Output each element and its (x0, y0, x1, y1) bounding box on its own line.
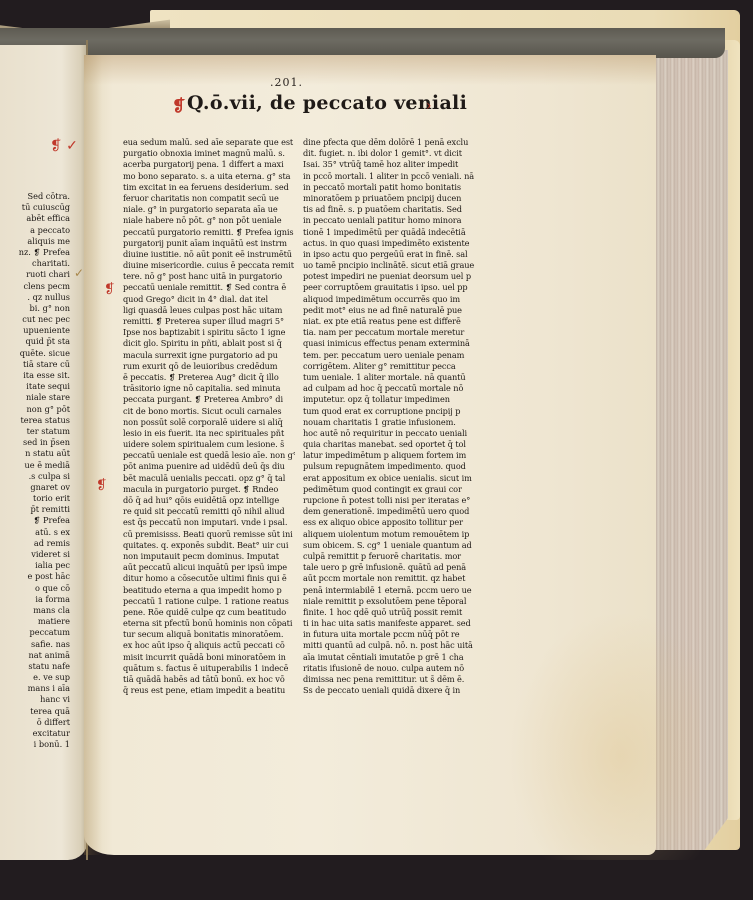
text-line: mo bono separato. s. a uita eterna. g° s… (123, 171, 295, 182)
water-stain (500, 600, 700, 860)
left-page-line: nz. ❡ Prefea (0, 247, 70, 258)
left-page-text-fragment: Sed cōtra.tū cuiuscūgabēt efficaa peccat… (0, 191, 70, 750)
text-line: tim excitat in ea feruens desiderium. se… (123, 182, 295, 193)
text-line: ritatis ifusionē de nouo. culpa autem nō (303, 663, 475, 674)
margin-note-rubric-icon: ❡ ✓ (50, 138, 78, 154)
left-page-line: a peccato (0, 225, 70, 236)
text-line: purgatorij punit aīam inquātū est instrm (123, 238, 295, 249)
text-line: aliquod impedimētum occurrēs quo im (303, 294, 475, 305)
text-line: culpā remittit p feruorē charitatis. mor (303, 551, 475, 562)
text-line: in peccato ueniali patitur homo minora (303, 215, 475, 226)
text-line: re quid sit peccatū remitti qō nihil ali… (123, 506, 295, 517)
text-line: tia. nam per peccatum mortale meretur (303, 327, 475, 338)
text-line: ligi quasdā leues culpas post hāc uitam (123, 305, 295, 316)
left-page-line: sed in p̄sen (0, 437, 70, 448)
left-page-line: terea status (0, 415, 70, 426)
left-page-line: ad remis (0, 538, 70, 549)
text-line: dit. fugiet. n. ibi dolor 1 gemit°. vt d… (303, 148, 475, 159)
top-foxing (84, 55, 656, 85)
left-page-line: p̄t remitti (0, 504, 70, 515)
margin-check-mark-icon: ✓ (74, 266, 84, 280)
text-line: est q̄s peccatū non imputari. vnde i psa… (123, 517, 295, 528)
text-line: quitates. q. exponēs subdit. Beat° uir c… (123, 540, 295, 551)
text-line: rupcione n̄ potest tolli nisi per iterat… (303, 495, 475, 506)
text-line: Ipse nos baptizabit i spiritu sācto 1 ig… (123, 327, 295, 338)
text-line: niale remittit p exsolutōem pene tēporal (303, 596, 475, 607)
left-page-line: itate sequi (0, 381, 70, 392)
left-page-line: nat animā (0, 650, 70, 661)
text-line: misit incurrit quādā boni minoratōem in (123, 652, 295, 663)
left-page-line: clens pecm (0, 281, 70, 292)
text-line: dō q̄ ad hui° qōis euidētiā opz intellig… (123, 495, 295, 506)
text-line: pōt anima puenire ad uidēdū deū q̄s diu (123, 461, 295, 472)
left-page-line: matiere (0, 616, 70, 627)
text-line: tum ueniale. 1 aliter mortale. nā quantū (303, 372, 475, 383)
rubric-bracket-icon: › (426, 98, 432, 114)
left-page-line: .s culpa si (0, 471, 70, 482)
text-line: beatitudo eterna a qua impedit homo p (123, 585, 295, 596)
book-scan: Sed cōtra.tū cuiuscūgabēt efficaa peccat… (0, 0, 753, 900)
text-line: q̄ reus est pene, etiam impedit a beatit… (123, 685, 295, 696)
left-page-line: ō differt (0, 717, 70, 728)
text-line: ditur homo a cōsecutōe ultimi finis qui … (123, 573, 295, 584)
text-line: bēt maculā uenialis peccati. opz g° q̄ t… (123, 473, 295, 484)
left-page-line: gnaret ov (0, 482, 70, 493)
text-line: macula in purgatorio purget. ❡ Rndeo (123, 484, 295, 495)
text-column-a: eua sedum malū. sed aīe separate que est… (123, 137, 295, 696)
text-line: pedimētum quod contingit ex graui cor (303, 484, 475, 495)
left-page-line: ia forma (0, 594, 70, 605)
text-line: eterna sit pfectū bonū hominis non cōpat… (123, 618, 295, 629)
text-line: quia charitas manebat. sed oportet q̄ to… (303, 439, 475, 450)
left-page-line: ue ē mediā (0, 460, 70, 471)
left-page-line: upueniente (0, 325, 70, 336)
left-page-line: peccatum (0, 627, 70, 638)
text-line: imputetur. opz q̄ tollatur impedimen (303, 394, 475, 405)
left-page-line: Sed cōtra. (0, 191, 70, 202)
text-line: tionē 1 impedimētū per quādā indecētiā (303, 227, 475, 238)
text-line: pulsum repugnātem impedimento. quod (303, 461, 475, 472)
left-page-line: quid p̄t sta (0, 336, 70, 347)
text-line: non possūt solē corporalē uidere si aliq… (123, 417, 295, 428)
left-page-line: . qz nullus (0, 292, 70, 303)
left-page-line: bi. g° non (0, 303, 70, 314)
text-line: sum obicem. S. cg° 1 ueniale quantum ad (303, 540, 475, 551)
text-line: tur secum aliquā bonitatis minoratōem. (123, 629, 295, 640)
margin-note-paragraph-icon: ❡ (96, 478, 107, 493)
text-line: actus. in quo quasi impedimēto existente (303, 238, 475, 249)
text-line: niale habere nō pōt. g° non pōt ueniale (123, 215, 295, 226)
text-line: ē peccatis. ❡ Preterea Aug° dicit q̄ ill… (123, 372, 295, 383)
text-line: mitti quantū ad culpā. nō. n. post hāc u… (303, 640, 475, 651)
left-page-line: charitati. (0, 258, 70, 269)
text-line: Ss de peccato ueniali quidā dixere q̄ in (303, 685, 475, 696)
left-page-line: excitatur (0, 728, 70, 739)
text-line: pene. Rōe quidē culpe qz cum beatitudo (123, 607, 295, 618)
text-line: tale uero p grē infusionē. quātū ad penā (303, 562, 475, 573)
left-page-line: abēt effica (0, 213, 70, 224)
text-line: tum quod erat ex corruptione pncipij p (303, 406, 475, 417)
left-page-line: ❡ Prefea (0, 515, 70, 526)
text-line: dicit glo. Spiritu in pñti, ablait post … (123, 338, 295, 349)
text-line: in futura uita mortale pccm nūq̄ pōt re (303, 629, 475, 640)
margin-note-paragraph-icon: ❡ (104, 282, 115, 297)
left-page-line: safie. nas (0, 639, 70, 650)
left-page-line: cut nec pec (0, 314, 70, 325)
text-line: dem generationē. impedimētū uero quod (303, 506, 475, 517)
text-line: dine pfecta que dēm dolōrē 1 penā exclu (303, 137, 475, 148)
text-line: ad culpam ad hoc q̄ peccatū mortale nō (303, 383, 475, 394)
text-line: in ipso actu quo pergeūū erat in finē. s… (303, 249, 475, 260)
left-page-line: statu nafe (0, 661, 70, 672)
text-line: peer corruptōem grauitatis i ipso. uel p… (303, 282, 475, 293)
text-line: aūt pccm mortale non remittit. qz habet (303, 573, 475, 584)
text-line: non imputauit pecm dominus. Imputat (123, 551, 295, 562)
text-line: niat. ex pte etiā reatus pene est differ… (303, 316, 475, 327)
text-line: cit de bono mortis. Sicut oculi carnales (123, 406, 295, 417)
left-page-line: ita esse sit. (0, 370, 70, 381)
text-line: diuine iustitie. nō aūt ponit eē instrum… (123, 249, 295, 260)
text-line: peccatū ueniale est quedā lesio aīe. non… (123, 450, 295, 461)
left-page-line: mans i aīa (0, 683, 70, 694)
text-line: ess ex aliquo obice apposito tollitur pe… (303, 517, 475, 528)
text-line: aīa imutat cēntiali imutatōe p grē 1 cha (303, 652, 475, 663)
text-line: purgatio obnoxia iminet magnū malū. s. (123, 148, 295, 159)
text-line: quātum s. factus ē uituperabilis 1 indec… (123, 663, 295, 674)
text-column-b: dine pfecta que dēm dolōrē 1 penā exclud… (303, 137, 475, 696)
left-page-line: ialia pec (0, 560, 70, 571)
text-line: penā intermiabilē 1 eternā. pccm uero ue (303, 585, 475, 596)
text-line: nouam charitatis 1 gratie infusionem. (303, 417, 475, 428)
text-line: diuine misericordie. cuius ē peccata rem… (123, 260, 295, 271)
text-line: tem. per. peccatum uero ueniale penam (303, 350, 475, 361)
text-line: feruor charitatis non compatit secū ue (123, 193, 295, 204)
text-line: in pccō mortali. 1 aliter in pccō venial… (303, 171, 475, 182)
text-line: in peccatō mortali patit homo bonitatis (303, 182, 475, 193)
text-line: aūt peccatū alicui inquātū per ipsū impe (123, 562, 295, 573)
text-line: erat appositum ex obice uenialis. sicut … (303, 473, 475, 484)
text-line: aliquem uiolentum motum remouētem ip (303, 529, 475, 540)
left-page-line: niale stare (0, 392, 70, 403)
text-line: tere. nō g° post hanc uitā in purgatorio (123, 271, 295, 282)
text-line: acerba purgatorij pena. 1 differt a maxi (123, 159, 295, 170)
text-line: eua sedum malū. sed aīe separate que est (123, 137, 295, 148)
text-line: trāsitorio igne nō capitalia. sed minuta (123, 383, 295, 394)
text-line: remitti. ❡ Preterea super illud magri 5° (123, 316, 295, 327)
text-line: peccatū purgatorio remitti. ❡ Prefea ign… (123, 227, 295, 238)
text-line: ex hoc aūt ipso q̄ aliquis actū peccati … (123, 640, 295, 651)
left-page-line: e. ve sup (0, 672, 70, 683)
text-line: macula surrexit igne purgatorio ad pu (123, 350, 295, 361)
text-line: corrigētem. Aliter g° remittitur pecca (303, 361, 475, 372)
text-line: tiā quādā habēs ad tātū bonū. ex hoc vō (123, 674, 295, 685)
page-block-top-edge (0, 28, 725, 58)
text-line: minoratōem p priuatōem pncipij ducen (303, 193, 475, 204)
text-line: pedit mot° eius ne ad finē naturalē pue (303, 305, 475, 316)
text-line: niale. g° in purgatorio separata aīa ue (123, 204, 295, 215)
text-line: quasi inimicus effectus penam exterminā (303, 338, 475, 349)
text-line: potest impediri ne pueniat deorsum uel p (303, 271, 475, 282)
left-page-line: i bonū. 1 (0, 739, 70, 750)
left-page-line: non g° pōt (0, 404, 70, 415)
text-line: rum exurit qō de leuioribus credēdum (123, 361, 295, 372)
text-line: hoc autē nō requiritur in peccato uenial… (303, 428, 475, 439)
text-line: uo tamē pncipio inclinātē. sicut etiā gr… (303, 260, 475, 271)
folio-number: .201. (270, 76, 303, 89)
left-page-line: tiā stare cū (0, 359, 70, 370)
left-page-line: mans cla (0, 605, 70, 616)
text-line: lesio in eis fuerit. ita nec spirituales… (123, 428, 295, 439)
left-page-line: ter statum (0, 426, 70, 437)
left-page-line: torio erit (0, 493, 70, 504)
text-line: ti in hac uita satis manifeste apparet. … (303, 618, 475, 629)
text-line: uidere solem spiritualem cum lesione. s̄ (123, 439, 295, 450)
left-page-line: n statu aūt (0, 448, 70, 459)
text-line: peccatū ueniale remittit. ❡ Sed contra ē (123, 282, 295, 293)
left-page: Sed cōtra.tū cuiuscūgabēt efficaa peccat… (0, 45, 88, 860)
text-line: peccatū 1 ratione culpe. 1 ratione reatu… (123, 596, 295, 607)
text-line: latur impedimētum p aliquem fortem im (303, 450, 475, 461)
text-line: quod Grego° dicit in 4° dial. dat itel (123, 294, 295, 305)
left-page-line: aliquis me (0, 236, 70, 247)
left-page-line: o que cō (0, 583, 70, 594)
text-line: tis ad finē. s. p puatōem charitatis. Se… (303, 204, 475, 215)
left-page-line: e post hāc (0, 571, 70, 582)
text-line: finite. 1 hoc qdē quō utrūq̄ possit remi… (303, 607, 475, 618)
text-line: dimissa nec pena remittitur. ut s̄ dēm ē… (303, 674, 475, 685)
text-line: cū premisisss. Beati quorū remisse sūt i… (123, 529, 295, 540)
left-page-line: tū cuiuscūg (0, 202, 70, 213)
left-page-line: videret si (0, 549, 70, 560)
text-line: Isai. 35° vtrūq̄ tamē hoz aliter impedit (303, 159, 475, 170)
left-page-line: ruoti chari (0, 269, 70, 280)
left-page-line: hanc vi (0, 694, 70, 705)
left-page-line: atū. s ex (0, 527, 70, 538)
left-page-line: quēte. sicue (0, 348, 70, 359)
left-page-line: terea quā (0, 706, 70, 717)
text-line: peccata purgant. ❡ Preterea Ambro° di (123, 394, 295, 405)
running-head: Q.ō.vii, de peccato veniali (175, 92, 467, 114)
